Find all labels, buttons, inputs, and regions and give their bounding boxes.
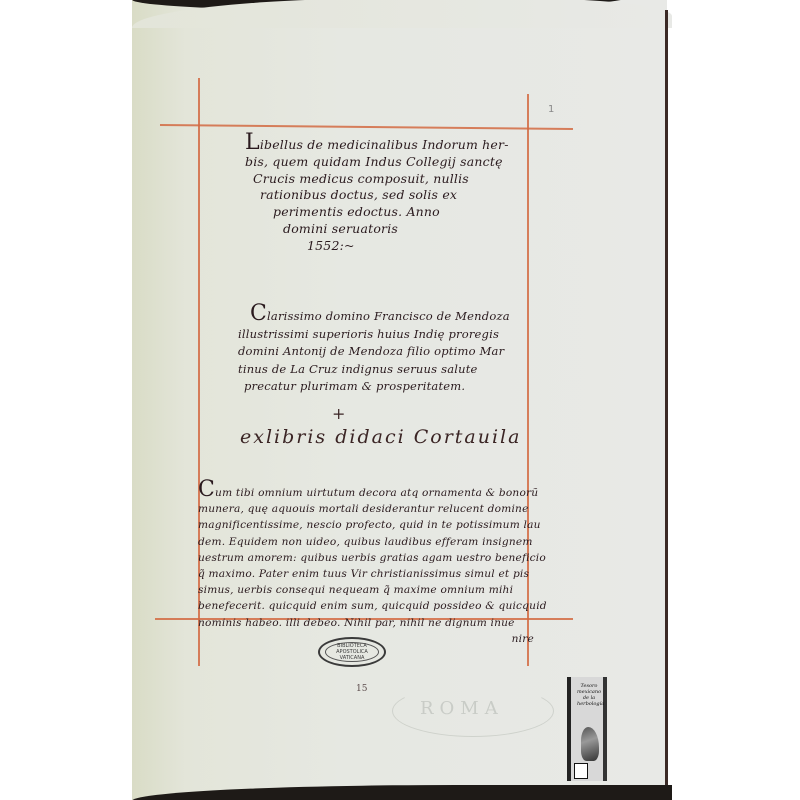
body-line: simus, uerbis consequi nequeam q̃ maxime…: [198, 582, 538, 598]
title-line: rationibus doctus, sed solis ex: [245, 187, 515, 204]
body-line: q̃ maximo. Pater enim tuus Vir christian…: [198, 566, 538, 582]
dedication-line: tinus de La Cruz indignus seruus salute: [238, 361, 523, 379]
body-line: magnificentissime, nescio profecto, quid…: [198, 517, 538, 533]
page-right-edge: [665, 10, 668, 790]
title-line: domini seruatoris: [245, 221, 515, 238]
library-stamp: BIBLIOTECA APOSTOLICA VATICANA: [318, 637, 386, 667]
stamp-inner-ring: BIBLIOTECA APOSTOLICA VATICANA: [325, 642, 379, 662]
book-cover-thumbnail: Tesoro mexicano de la herbología: [567, 677, 607, 781]
title-line: Crucis medicus composuit, nullis: [245, 171, 515, 188]
dedication-line: precatur plurimam & prosperitatem.: [238, 378, 523, 396]
title-line: perimentis edoctus. Anno: [245, 204, 515, 221]
body-initial: C: [198, 477, 215, 502]
body-line: benefecerit. quicquid enim sum, quicquid…: [198, 598, 538, 614]
ex-libris-inscription: exlibris didaci Cortauila: [240, 426, 521, 448]
title-line: Libellus de medicinalibus Indorum her-: [245, 135, 515, 154]
dedication-line: Clarissimo domino Francisco de Mendoza: [238, 305, 523, 326]
stamp-text: BIBLIOTECA APOSTOLICA VATICANA: [326, 643, 378, 661]
body-text-block: Cum tibi omnium uirtutum decora atq orna…: [198, 482, 538, 647]
dedication-block: Clarissimo domino Francisco de Mendoza i…: [238, 305, 523, 396]
dedication-initial: C: [250, 301, 267, 326]
body-line: uestrum amorem: quibus uerbis gratias ag…: [198, 550, 538, 566]
body-line: nominis habeo. illi debeo. Nihil par, ni…: [198, 615, 538, 631]
cross-mark: +: [332, 404, 345, 423]
thumbnail-figure-icon: [581, 727, 599, 761]
body-line: dem. Equidem non uideo, quibus laudibus …: [198, 534, 538, 550]
dedication-line: domini Antonij de Mendoza filio optimo M…: [238, 343, 523, 361]
title-initial: L: [245, 130, 260, 155]
folio-mark: 1: [548, 104, 554, 115]
thumbnail-inset-icon: [574, 763, 588, 779]
page-number: 15: [356, 684, 367, 694]
body-line: munera, quę aquouis mortali desiderantur…: [198, 501, 538, 517]
watermark-text: ROMA: [420, 698, 504, 719]
title-line: bis, quem quidam Indus Collegij sanctę: [245, 154, 515, 171]
thumbnail-title: Tesoro mexicano de la herbología: [577, 683, 601, 707]
dedication-line: illustrissimi superioris huius Indię pro…: [238, 326, 523, 344]
title-date: 1552:~: [245, 238, 515, 255]
title-block: Libellus de medicinalibus Indorum her- b…: [245, 135, 515, 255]
body-line: Cum tibi omnium uirtutum decora atq orna…: [198, 482, 538, 501]
